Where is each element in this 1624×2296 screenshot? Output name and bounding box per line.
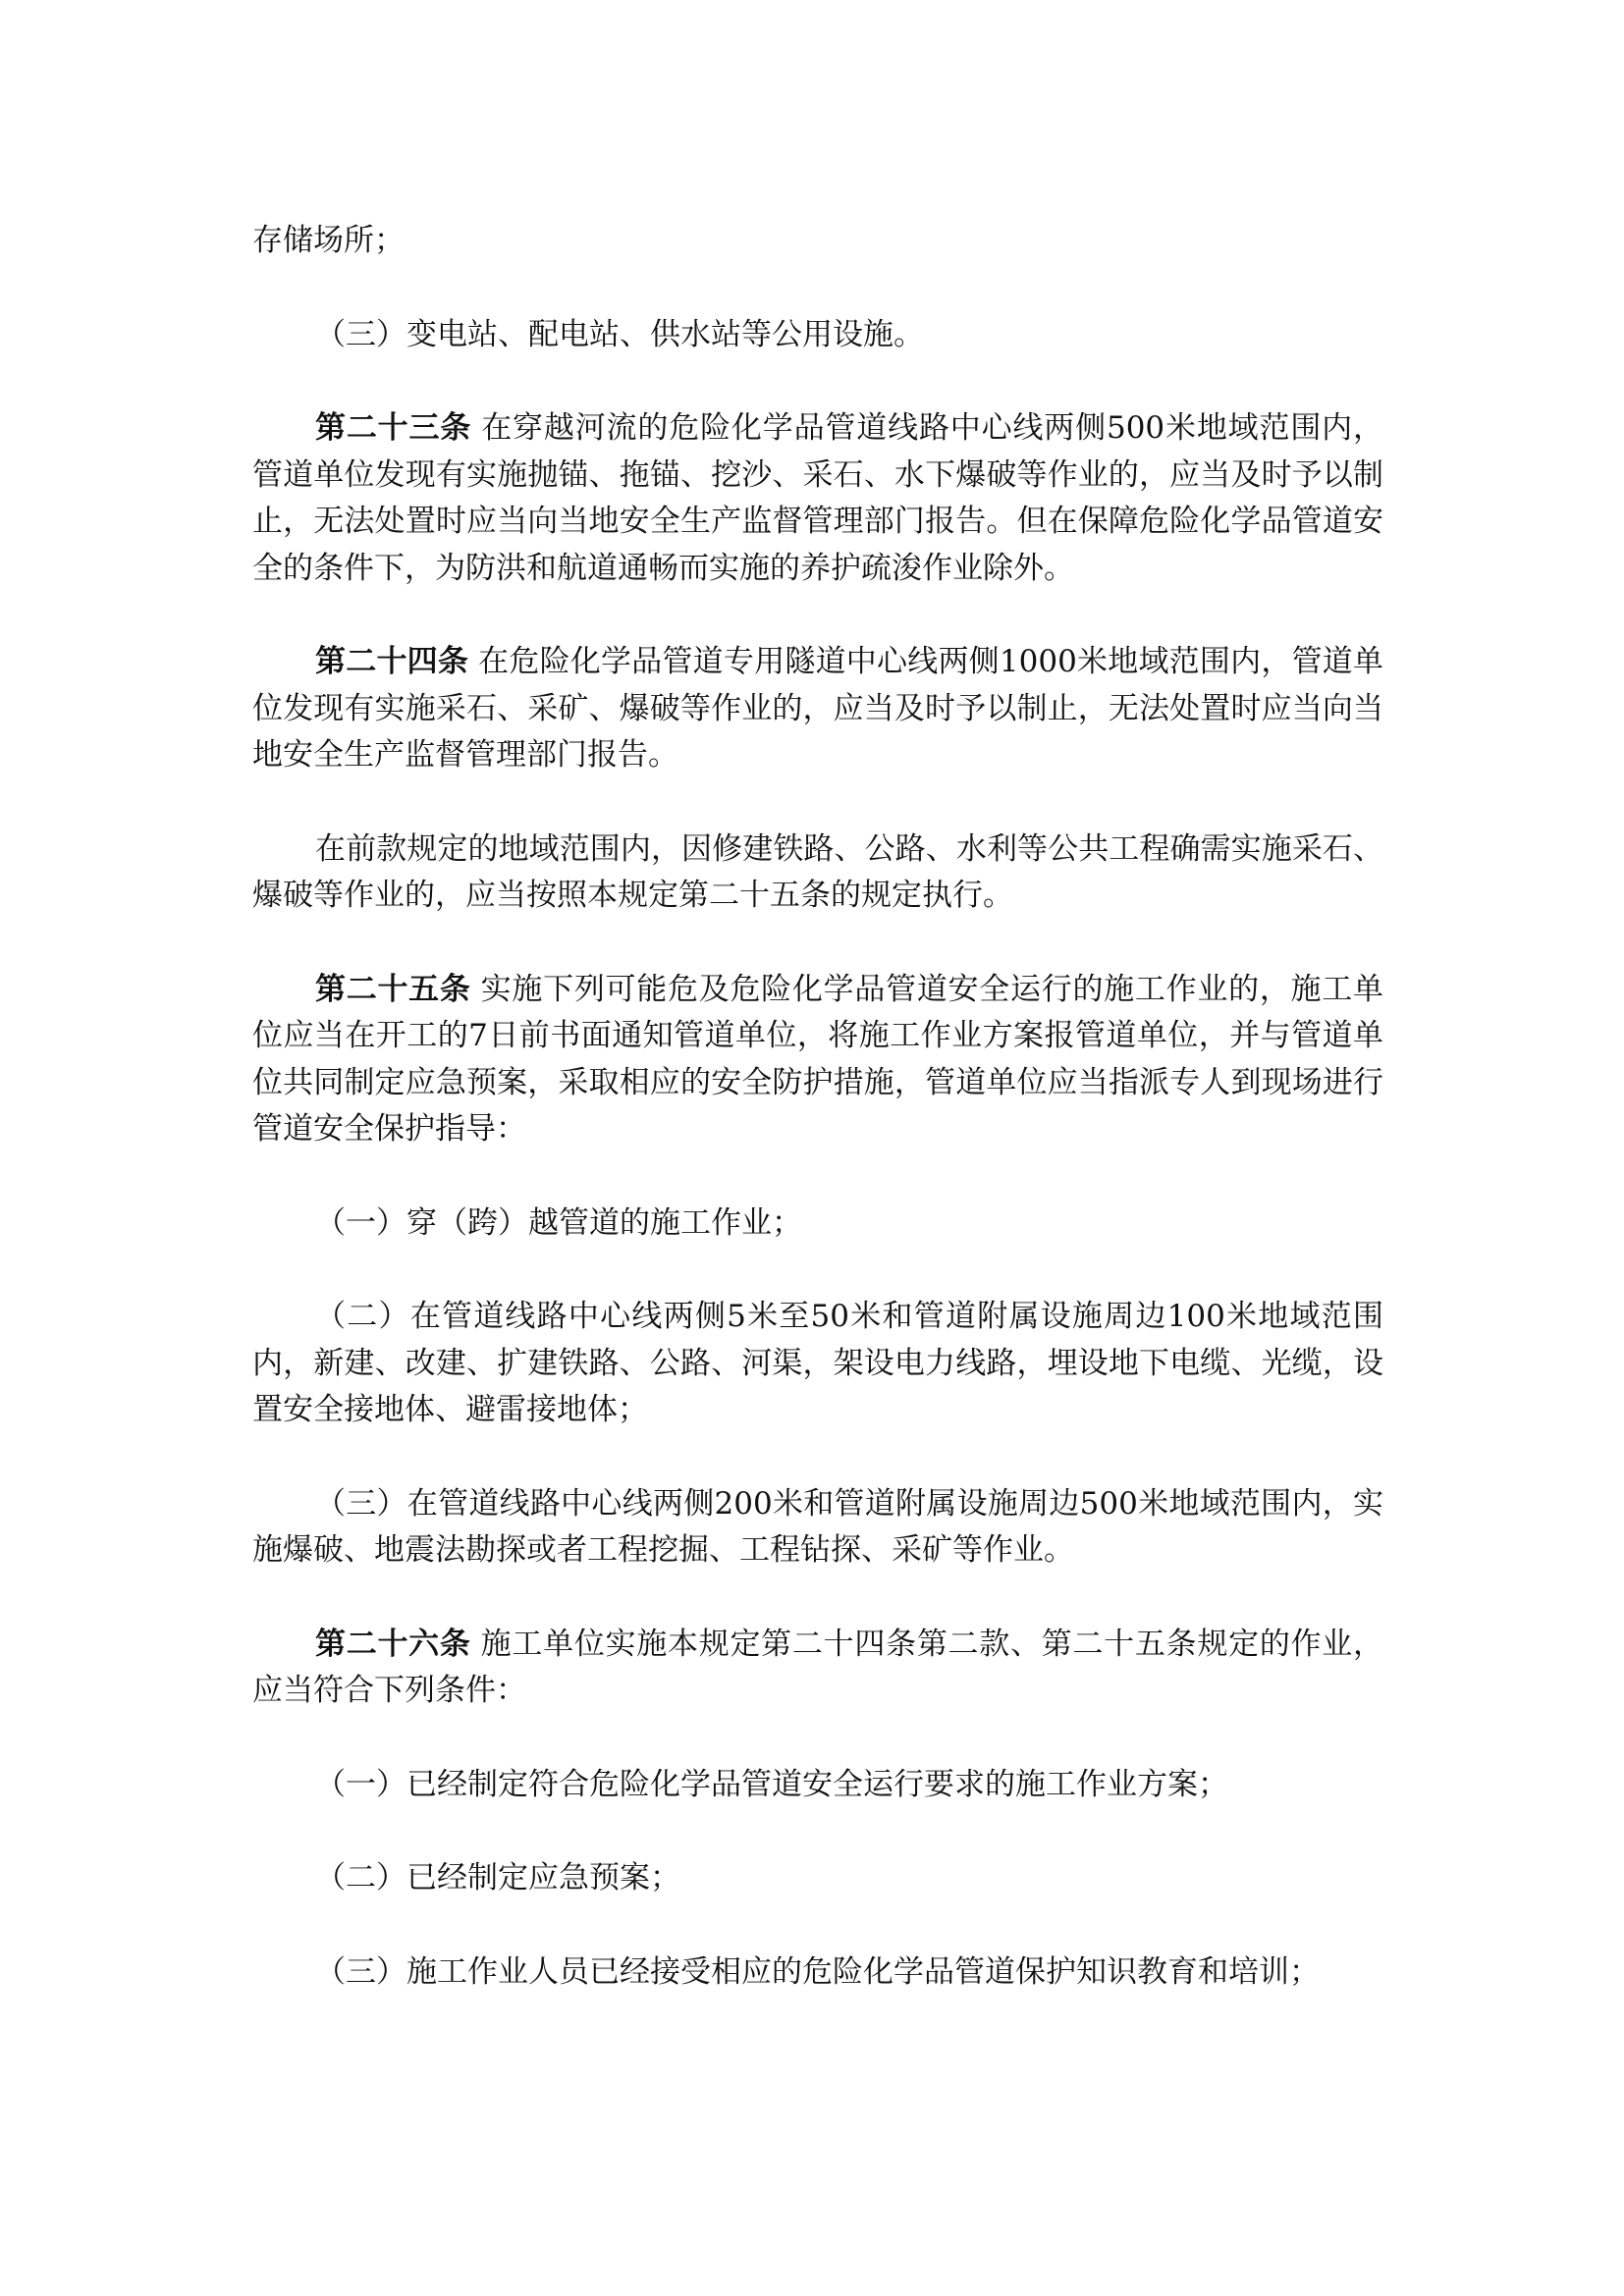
document-page: 存储场所； （三）变电站、配电站、供水站等公用设施。 第二十三条在穿越河流的危险…	[252, 218, 1383, 2043]
paragraph-item: （二）在管道线路中心线两侧5米至50米和管道附属设施周边100米地域范围内，新建…	[252, 1294, 1383, 1434]
article-number: 第二十四条	[315, 644, 468, 679]
paragraph-continuation: 存储场所；	[252, 218, 1383, 265]
paragraph-item: （三）在管道线路中心线两侧200米和管道附属设施周边500米地域范围内，实施爆破…	[252, 1481, 1383, 1575]
article-26: 第二十六条施工单位实施本规定第二十四条第二款、第二十五条规定的作业，应当符合下列…	[252, 1622, 1383, 1715]
paragraph-item: （一）穿（跨）越管道的施工作业；	[252, 1201, 1383, 1248]
paragraph-item: 在前款规定的地域范围内，因修建铁路、公路、水利等公共工程确需实施采石、爆破等作业…	[252, 827, 1383, 920]
article-number: 第二十三条	[315, 410, 471, 446]
article-number: 第二十六条	[315, 1627, 471, 1662]
paragraph-item: （一）已经制定符合危险化学品管道安全运行要求的施工作业方案；	[252, 1762, 1383, 1809]
article-number: 第二十五条	[315, 972, 471, 1007]
paragraph-item: （三）变电站、配电站、供水站等公用设施。	[252, 312, 1383, 359]
paragraph-item: （二）已经制定应急预案；	[252, 1855, 1383, 1902]
article-23: 第二十三条在穿越河流的危险化学品管道线路中心线两侧500米地域范围内，管道单位发…	[252, 405, 1383, 592]
article-24: 第二十四条在危险化学品管道专用隧道中心线两侧1000米地域范围内，管道单位发现有…	[252, 639, 1383, 779]
article-25: 第二十五条实施下列可能危及危险化学品管道安全运行的施工作业的，施工单位应当在开工…	[252, 967, 1383, 1153]
paragraph-item: （三）施工作业人员已经接受相应的危险化学品管道保护知识教育和培训；	[252, 1949, 1383, 1997]
